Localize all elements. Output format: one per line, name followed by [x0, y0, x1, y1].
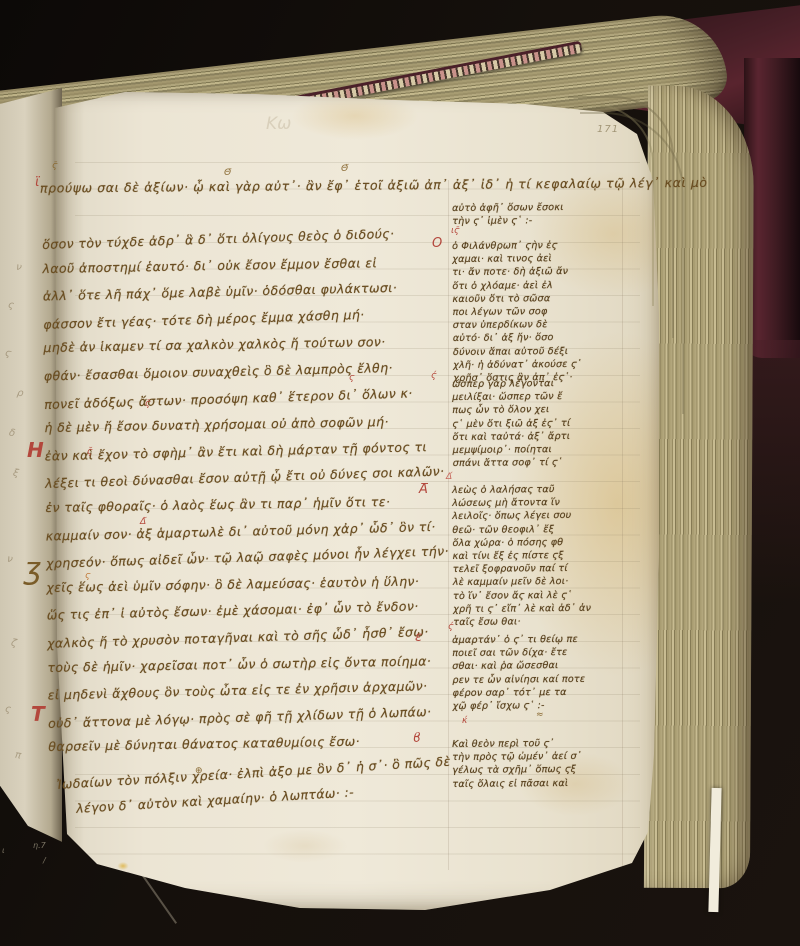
abbreviation-mark: Θ̄: [224, 168, 231, 178]
rubric-mark: ϛ́: [431, 371, 436, 381]
commentary-block-2: ὁ Φιλάνθρωπ᾽ ϛὴν ἐϛχαμαι· καὶ τινος ἀεὶτ…: [452, 238, 629, 385]
rubric-mark: κ́: [462, 716, 467, 726]
bookmark-slip: [708, 788, 721, 912]
rubric-mark: ϛ: [349, 373, 354, 383]
rubric-initial: Α̅: [419, 482, 428, 497]
commentary-block-4: λεὼς ὁ λαλήσας ταῦλώσεως μὴ ἄτοντα ἵνλει…: [452, 482, 629, 629]
rubric-initial: Τ: [31, 702, 45, 726]
rubric-mark: ϛ: [85, 571, 90, 581]
rubric-mark: Δ̆: [140, 517, 146, 527]
margin-brace: ʒ: [24, 552, 41, 587]
rubric-initial: ϐ: [413, 731, 421, 746]
siglum: ⊕: [195, 766, 203, 776]
commentary-block-5: ἁμαρτάν᾽ ὁ ϛ᾽ τι θείῳ πεποιεῖ σαι τῶν δί…: [452, 632, 629, 713]
commentary-block-6: Καὶ θεὸν περὶ τοῦ ϛ᾽τὴν πρὸς τῷ ὠμέν᾽ ἀε…: [452, 736, 628, 790]
main-text-column: ὅσον τὸν τύχδε ἀδρ᾽ ἃ δ᾽ ὅτι ὀλίγους θεὸ…: [42, 223, 460, 760]
abbreviation-mark: Θ̆: [341, 164, 348, 174]
rubric-mark: Δ́: [446, 472, 452, 482]
commentary-block-1: αὐτὸ ἀφῆ᾽ ὅσων ἔσοκιτὴν ϛ᾽ ἰμὲν ϛ῾ :-: [452, 200, 628, 228]
rubric-initial: Η: [27, 438, 44, 462]
pencil-note: /: [43, 856, 46, 865]
rubric-initial: ϊ: [35, 175, 39, 190]
rubric-mark: ϛ́: [448, 622, 453, 632]
pen-flourish: ≈: [536, 710, 544, 720]
commentary-line: τὴν ϛ᾽ ἰμὲν ϛ῾ :-: [452, 214, 628, 229]
rubric-initial: Ο: [432, 236, 442, 251]
rubric-heading: ιϛ̄: [451, 226, 459, 236]
commentary-line: σπάνι ἄττα σοφ᾽ τί ϛ῾: [453, 456, 629, 471]
commentary-block-3: ὥσπερ γὰρ λέγονταιμειλίξαι· ὥσπερ τῶν ἔπ…: [452, 376, 629, 470]
pencil-note: η.7: [33, 841, 46, 850]
rubric-mark: ϛ̄: [145, 399, 150, 409]
abbreviation-mark: ϛ̄: [52, 161, 57, 171]
manuscript-photo: προύψω σαι δὲ ἀξίων· ᾧ καὶ γὰρ αὐτ᾽· ἂν …: [0, 0, 800, 946]
rubric-mark: ϛ̆: [87, 447, 92, 457]
commentary-line: ταῖς ἔσω θαι·: [453, 614, 629, 629]
show-through-text: Κω: [266, 114, 291, 134]
rubric-initial: ε: [415, 630, 422, 645]
folio-number: 171: [597, 124, 619, 135]
commentary-line: ταῖς ὅλαις εἰ πᾶσαι καὶ: [452, 776, 628, 791]
pencil-note: ι: [2, 846, 5, 855]
